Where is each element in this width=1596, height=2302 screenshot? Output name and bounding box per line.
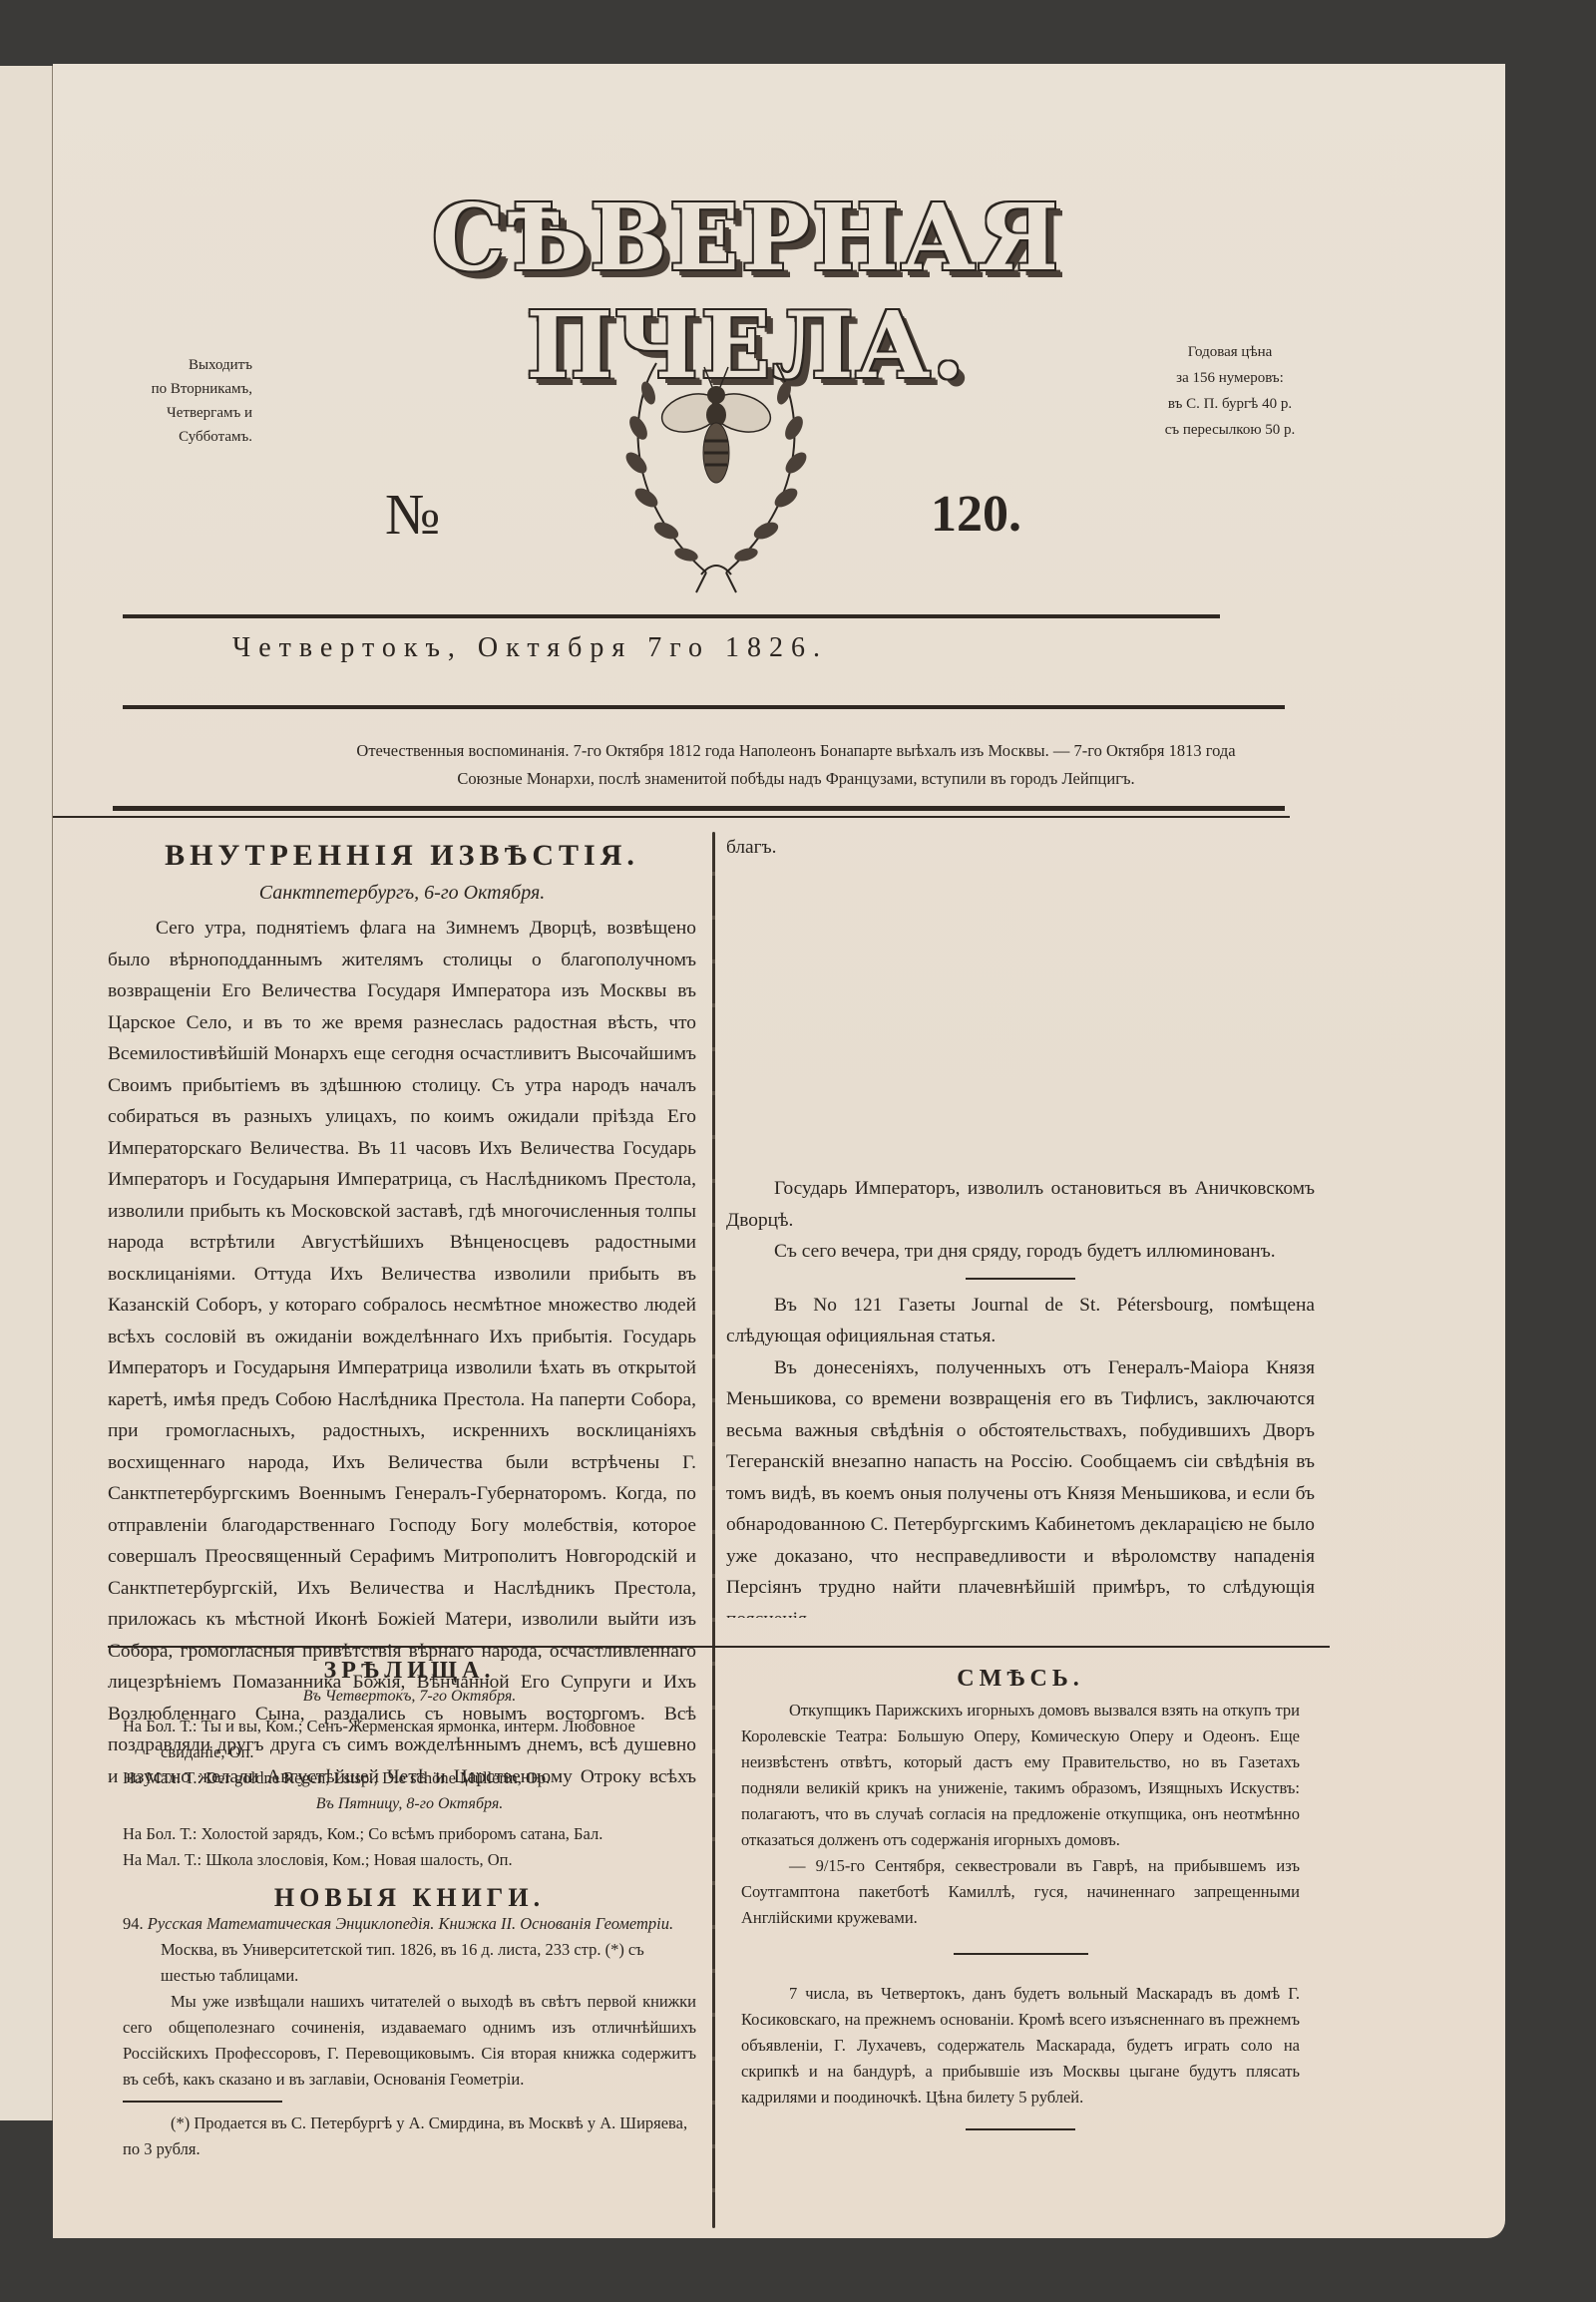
column-right-top: Сего утра, поднятіемъ флага на Зимнемъ Д… (726, 830, 1315, 1618)
book-footnote: (*) Продается въ С. Петербургѣ у А. Смир… (123, 2110, 696, 2162)
price-line: Годовая цѣна (1120, 339, 1340, 365)
publication-schedule: Выходитъ по Вторникамъ, Четвергамъ и Суб… (123, 353, 252, 449)
short-rule (954, 1953, 1088, 1955)
section-title-new-books: НОВЫЯ КНИГИ. (123, 1885, 696, 1911)
issue-number: 120. (931, 485, 1021, 544)
section-title-spectacles: ЗРѢЛИЩА. (123, 1658, 696, 1684)
memory-line: Отечественныя воспоминанія. 7-го Октября… (98, 737, 1494, 765)
price-line: за 156 нумеровъ: (1120, 365, 1340, 391)
patriotic-memories: Отечественныя воспоминанія. 7-го Октября… (98, 737, 1494, 793)
misc-item: — 9/15-го Сентября, секвестровали въ Гав… (741, 1853, 1300, 1931)
book-imprint: Москва, въ Университетской тип. 1826, въ… (161, 1940, 644, 1985)
misc-item: 7 числа, въ Четвертокъ, данъ будетъ воль… (741, 1981, 1300, 2110)
column-left-bottom: ЗРѢЛИЩА. Въ Четвертокъ, 7-го Октября. На… (123, 1658, 696, 2162)
rule (123, 705, 1285, 709)
column-left-top: ВНУТРЕННІЯ ИЗВѢСТІЯ. Санктпетербургъ, 6-… (108, 840, 696, 1786)
schedule-day: Въ Пятницу, 8-го Октября. (123, 1791, 696, 1817)
book-entry: 94. Русская Математическая Энциклопедія.… (123, 1911, 696, 1989)
article-paragraph: Съ сего вечера, три дня сряду, городъ бу… (726, 1236, 1315, 1268)
newspaper-page: СѢВЕРНАЯ ПЧЕЛА. Выходитъ по Вторникамъ, … (53, 64, 1505, 2238)
schedule-line: Четвергамъ и (123, 401, 252, 425)
article-paragraph: Сего утра, поднятіемъ флага на Зимнемъ Д… (108, 913, 696, 1786)
price-line: въ С. П. бургѣ 40 р. (1120, 391, 1340, 417)
news-dateline: Санктпетербургъ, 6-го Октября. (108, 878, 696, 910)
article-paragraph: Въ донесеніяхъ, полученныхъ отъ Генералъ… (726, 1352, 1315, 1619)
schedule-line: Субботамъ. (123, 425, 252, 449)
price-line: съ пересылкою 50 р. (1120, 417, 1340, 443)
article-continuation: Сего утра, поднятіемъ флага на Зимнемъ Д… (726, 830, 1315, 1173)
column-divider (712, 832, 715, 2228)
schedule-day: Въ Четвертокъ, 7-го Октября. (123, 1684, 696, 1710)
theater-listing: На Бол. Т.: Ты и вы, Ком.; Сенъ-Жерменск… (123, 1714, 696, 1765)
section-rule (108, 1646, 1330, 1648)
issue-sign: № (385, 481, 440, 548)
section-title-domestic-news: ВНУТРЕННІЯ ИЗВѢСТІЯ. (108, 840, 696, 872)
short-rule (966, 1278, 1075, 1280)
theater-listing: На Мал. Т.: Der goldne Regen, Lstsp.; Di… (123, 1765, 696, 1791)
book-number: 94. (123, 1914, 144, 1933)
misc-item: Откупщикъ Парижскихъ игорныхъ домовъ выз… (741, 1698, 1300, 1853)
memory-line: Союзные Монархи, послѣ знаменитой побѣды… (98, 765, 1494, 793)
theater-listing: На Мал. Т.: Школа злословія, Ком.; Новая… (123, 1847, 696, 1873)
previous-page-edge (0, 66, 53, 2120)
schedule-line: Выходитъ (123, 353, 252, 377)
footnote-rule (123, 2101, 282, 2103)
double-rule (53, 816, 1290, 818)
column-right-bottom: СМѢСЬ. Откупщикъ Парижскихъ игорныхъ дом… (741, 1666, 1300, 2148)
double-rule (113, 806, 1285, 811)
book-review: Мы уже извѣщали нашихъ читателей о выход… (123, 1989, 696, 2093)
annual-price: Годовая цѣна за 156 нумеровъ: въ С. П. б… (1120, 339, 1340, 443)
schedule-line: по Вторникамъ, (123, 377, 252, 401)
short-rule (966, 2128, 1075, 2130)
bee-wreath-icon (587, 353, 846, 602)
book-title: Русская Математическая Энциклопедія. Кни… (148, 1914, 673, 1933)
rule (123, 614, 1220, 618)
article-paragraph: Въ No 121 Газеты Journal de St. Pétersbo… (726, 1290, 1315, 1352)
section-title-miscellany: СМѢСЬ. (741, 1666, 1300, 1692)
theater-listing: На Бол. Т.: Холостой зарядъ, Ком.; Со вс… (123, 1821, 696, 1847)
issue-date: Четвертокъ, Октября 7го 1826. (232, 632, 1230, 664)
article-paragraph: Государь Императоръ, изволилъ остановить… (726, 1173, 1315, 1236)
